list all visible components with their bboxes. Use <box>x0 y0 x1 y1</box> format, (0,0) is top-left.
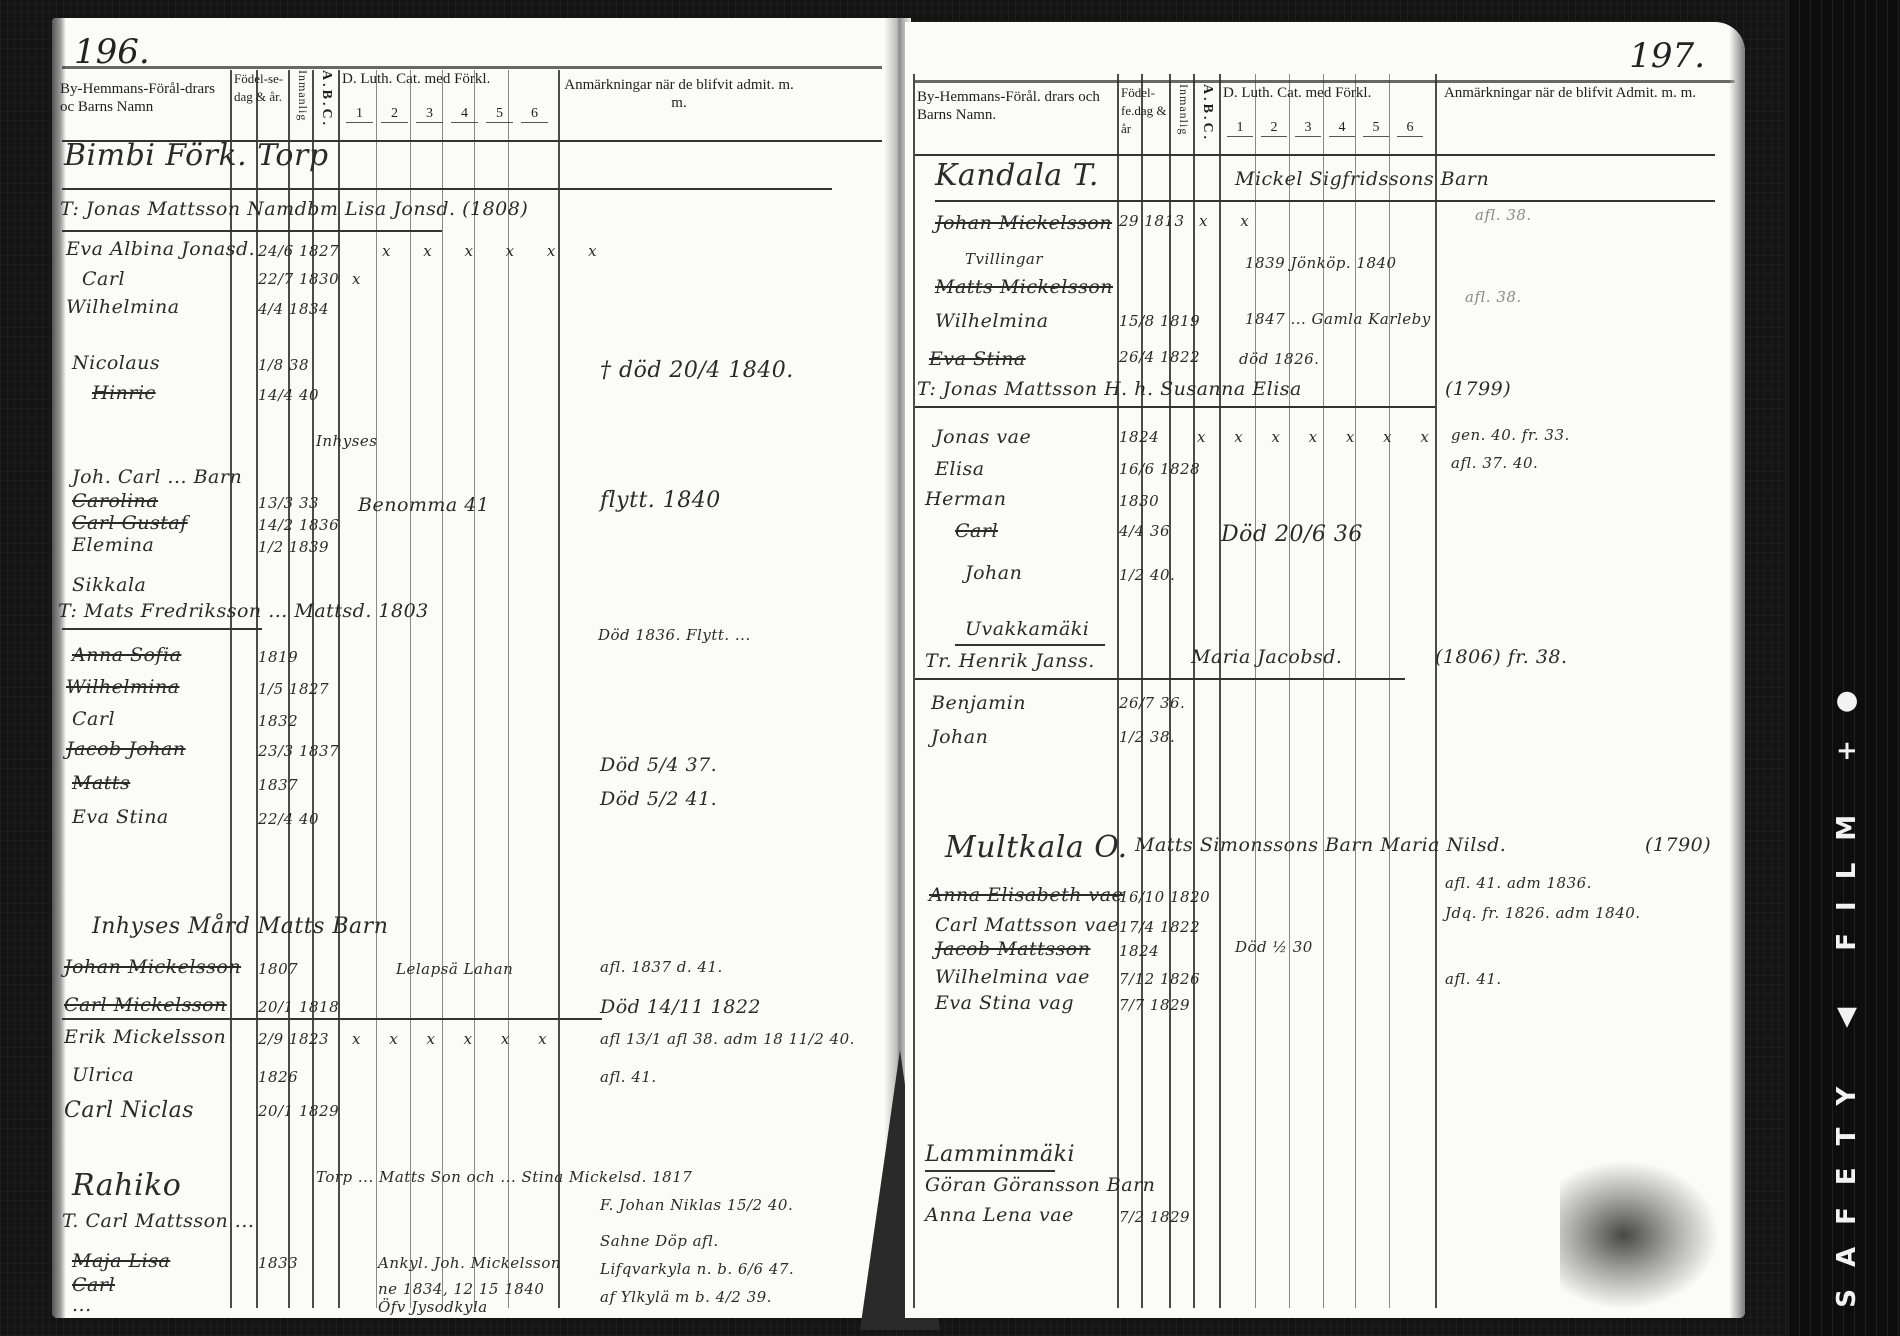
farm-heading: Kandala T. <box>935 158 1099 193</box>
header-rule <box>62 66 882 69</box>
household-head: T: Jonas Mattsson Namdbm Lisa Jonsd. (18… <box>60 198 528 220</box>
person-name: Anna Lena vae <box>925 1204 1074 1226</box>
ink-stain <box>1560 1160 1720 1310</box>
birth-date: 1824 <box>1119 428 1159 446</box>
birth-date: 1/5 1827 <box>258 680 329 698</box>
remark: Död 14/11 1822 <box>600 996 761 1018</box>
person-name: Wilhelmina <box>66 676 180 698</box>
person-name: Eva Stina <box>929 348 1026 370</box>
entry-rule <box>62 188 832 190</box>
remark: Död 5/4 37. <box>600 754 717 776</box>
header-abc: A.B.C. <box>316 70 334 140</box>
person-name: Jacob Johan <box>66 738 186 760</box>
catechism-marks: x <box>352 270 361 288</box>
remark: Död 5/2 41. <box>600 788 717 810</box>
remark: Lifqvarkyla n. b. 6/6 47. <box>600 1260 794 1278</box>
person-name: Johan Mickelsson <box>64 956 241 978</box>
person-name: Carl <box>82 268 125 290</box>
catechism-marks: x x x x x x <box>352 1030 559 1048</box>
section-heading: Inhyses Mård Matts Barn <box>92 914 388 939</box>
catechism-numbers: 1 2 3 4 5 6 <box>342 106 552 123</box>
note: Matts Simonssons Barn Maria Nilsd. <box>1135 834 1506 856</box>
header-inmanlig: Inmanlig <box>1173 84 1191 154</box>
remark: afl. 38. <box>1475 206 1532 224</box>
birth-date: 4/4 36 <box>1119 522 1170 540</box>
remark: afl 13/1 afl 38. adm 18 11/2 40. <box>600 1030 855 1048</box>
remark: gen. 40. fr. 33. <box>1451 426 1570 444</box>
note: 1847 ... Gamla Karleby <box>1245 310 1431 328</box>
birth-date: 22/7 1830 <box>258 270 339 288</box>
person-name: Erik Mickelsson <box>64 1026 226 1048</box>
person-name: Carl <box>72 1274 115 1296</box>
birth-date: 14/2 1836 <box>258 516 339 534</box>
remark: (1799) <box>1445 378 1511 400</box>
household-head: T: Mats Fredriksson ... Mattsd. 1803 <box>58 600 429 622</box>
remark: flytt. 1840 <box>600 488 721 513</box>
header-remarks: Anmärkningar när de blifvit Admit. m. m. <box>1435 84 1705 154</box>
remark: Sahne Döp afl. <box>600 1232 719 1250</box>
birth-date: 1832 <box>258 712 298 730</box>
remark: (1790) <box>1645 834 1711 856</box>
person-name: Jonas vae <box>935 426 1031 448</box>
birth-date: 1830 <box>1119 492 1159 510</box>
note: Torp ... Matts Son och ... Stina Mickels… <box>316 1168 692 1186</box>
entry-rule <box>62 628 262 630</box>
cat-num-5: 5 <box>1363 120 1389 137</box>
birth-date: 23/3 1837 <box>258 742 339 760</box>
birth-date: 1819 <box>258 648 298 666</box>
birth-date: 22/4 40 <box>258 810 319 828</box>
header-birth: Födel-fe.dag & år <box>1121 84 1167 154</box>
catechism-numbers: 1 2 3 4 5 6 <box>1223 120 1427 137</box>
birth-date: 16/6 1828 <box>1119 460 1200 478</box>
rule-line <box>376 70 377 1308</box>
cat-num-6: 6 <box>521 106 548 123</box>
birth-date: 13/3 33 <box>258 494 319 512</box>
cat-num-6: 6 <box>1397 120 1423 137</box>
birth-date: 29 1813 <box>1119 212 1185 230</box>
birth-date: 17/4 1822 <box>1119 918 1200 936</box>
remark: afl. 41. adm 1836. <box>1445 874 1592 892</box>
person-name: Jacob Mattsson <box>935 938 1090 960</box>
remark: (1806) fr. 38. <box>1435 646 1568 668</box>
person-name: Matts Mickelsson <box>935 276 1113 298</box>
remark: af Ylkylä m b. 4/2 39. <box>600 1288 772 1306</box>
birth-date: 2/9 1823 <box>258 1030 329 1048</box>
catechism-label: D. Luth. Cat. med Förkl. <box>342 70 552 88</box>
birth-date: 1833 <box>258 1254 298 1272</box>
farm-heading: Bimbi Förk. Torp <box>64 138 329 173</box>
remark: afl. 41. <box>1445 970 1502 988</box>
person-name: Herman <box>925 488 1006 510</box>
birth-date: 1824 <box>1119 942 1159 960</box>
section-note: Inhyses <box>316 432 378 450</box>
household-head: T: Jonas Mattsson H. h. Susanna Elisa <box>917 378 1302 400</box>
birth-date: 7/7 1829 <box>1119 996 1190 1014</box>
note: Benomma 41 <box>358 494 489 516</box>
cat-num-2: 2 <box>1261 120 1287 137</box>
entry-rule <box>935 200 1715 202</box>
left-page: 196. By-Hemmans-Förål-drars oc Barns Nam… <box>52 18 892 1318</box>
note: Ankyl. Joh. Mickelsson <box>378 1254 561 1272</box>
birth-date: 26/7 36. <box>1119 694 1185 712</box>
note: Död 20/6 36 <box>1221 522 1363 547</box>
rule-line <box>1169 74 1171 1308</box>
birth-date: 1/2 40. <box>1119 566 1175 584</box>
header-names: By-Hemmans-Förål. drars och Barns Namn. <box>917 88 1117 158</box>
person-name: Wilhelmina <box>66 296 180 318</box>
entry-rule <box>955 644 1105 646</box>
remark: afl. 37. 40. <box>1451 454 1538 472</box>
birth-date: 24/6 1827 <box>258 242 339 260</box>
header-abc: A.B.C. <box>1197 84 1215 154</box>
household-head: Tr. Henrik Janss. <box>925 650 1095 672</box>
household-head: Göran Göransson Barn <box>925 1174 1155 1196</box>
header-underline <box>915 154 1715 156</box>
person-name: Wilhelmina <box>935 310 1049 332</box>
birth-date: 1/8 38 <box>258 356 309 374</box>
rule-line <box>913 74 915 1308</box>
person-name: Carolina <box>72 490 158 512</box>
person-name: Nicolaus <box>72 352 160 374</box>
birth-date: 4/4 1834 <box>258 300 329 318</box>
remark: † död 20/4 1840. <box>600 358 794 383</box>
entry-rule <box>925 1170 1055 1172</box>
header-remarks: Anmärkningar när de blifvit admit. m. m. <box>564 76 794 146</box>
farm-heading: Rahiko <box>72 1168 181 1203</box>
person-name: Elisa <box>935 458 985 480</box>
remark: F. Johan Niklas 15/2 40. <box>600 1196 793 1214</box>
farm-heading: Multkala O. <box>945 830 1128 865</box>
person-name: Eva Stina <box>72 806 169 828</box>
birth-date: 1/2 1839 <box>258 538 329 556</box>
rule-line <box>1141 74 1143 1308</box>
film-edge-label: SAFETY ▲ FILM +● <box>1832 666 1862 1308</box>
entry-rule <box>62 1018 602 1020</box>
page-number-right: 197. <box>1629 36 1705 76</box>
person-name: Benjamin <box>931 692 1026 714</box>
catechism-label: D. Luth. Cat. med Förkl. <box>1223 84 1427 102</box>
remark: afl. 38. <box>1465 288 1522 306</box>
cat-num-4: 4 <box>1329 120 1355 137</box>
header-catechism: D. Luth. Cat. med Förkl. 1 2 3 4 5 6 <box>342 70 552 140</box>
header-inmanlig: Inmanlig <box>292 70 310 140</box>
header-catechism: D. Luth. Cat. med Förkl. 1 2 3 4 5 6 <box>1223 84 1427 154</box>
person-name: Eva Albina Jonasd. <box>66 238 255 260</box>
person-name: Wilhelmina vae <box>935 966 1090 988</box>
cat-num-2: 2 <box>381 106 408 123</box>
birth-date: 1826 <box>258 1068 298 1086</box>
birth-date: 7/12 1826 <box>1119 970 1200 988</box>
person-name: Hinric <box>92 382 156 404</box>
birth-date: 14/4 40 <box>258 386 319 404</box>
header-rule <box>915 80 1735 83</box>
remark: afl. 1837 d. 41. <box>600 958 723 976</box>
note: Öfv Jysodkyla <box>378 1298 488 1316</box>
person-name: ... <box>72 1294 92 1316</box>
birth-date: 1807 <box>258 960 298 978</box>
right-page: 197. By-Hemmans-Förål. drars och Barns N… <box>905 22 1745 1318</box>
farm-heading: Lamminmäki <box>925 1142 1075 1167</box>
person-name: Carl <box>72 708 115 730</box>
cat-num-1: 1 <box>346 106 373 123</box>
rule-line <box>1117 74 1119 1308</box>
farm-heading: Sikkala <box>72 574 146 596</box>
cat-num-1: 1 <box>1227 120 1253 137</box>
person-name: Eva Stina vag <box>935 992 1074 1014</box>
cat-num-3: 3 <box>416 106 443 123</box>
birth-date: 20/1 1818 <box>258 998 339 1016</box>
rule-line <box>1435 74 1437 1308</box>
cat-num-3: 3 <box>1295 120 1321 137</box>
rule-line <box>1193 74 1195 1308</box>
person-name: Carl Mickelsson <box>64 994 227 1016</box>
person-name: Carl <box>955 520 998 542</box>
person-name: Anna Sofia <box>72 644 181 666</box>
catechism-marks: x x <box>1199 212 1263 230</box>
birth-date: 7/2 1829 <box>1119 1208 1190 1226</box>
person-name: Carl Mattsson vae <box>935 914 1119 936</box>
entry-rule <box>915 406 1435 408</box>
header-birth: Födel-se-dag & år. <box>234 70 284 140</box>
rule-line <box>1219 74 1221 1308</box>
column-header-row: By-Hemmans-Förål-drars oc Barns Namn Föd… <box>52 70 892 140</box>
note: Mickel Sigfridssons Barn <box>1235 168 1489 190</box>
note: ne 1834, 12 15 1840 <box>378 1280 544 1298</box>
catechism-marks: x x x x x x x <box>1197 428 1441 446</box>
person-name: Carl Niclas <box>64 1098 194 1123</box>
person-name: Maja Lisa <box>72 1250 170 1272</box>
remark: afl. 41. <box>600 1068 657 1086</box>
remark: Död 1836. Flytt. ... <box>598 626 798 644</box>
person-name: Johan Mickelsson <box>935 212 1112 234</box>
entry-rule <box>62 230 442 232</box>
household-head: Joh. Carl ... Barn <box>72 466 242 488</box>
remark: Jdq. fr. 1826. adm 1840. <box>1445 904 1641 922</box>
note: Lelapsä Lahan <box>396 960 513 978</box>
film-edge-strip: SAFETY ▲ FILM +● <box>1788 0 1900 1336</box>
entry-rule <box>915 678 1405 680</box>
birth-date: 1/2 38. <box>1119 728 1175 746</box>
person-name: Johan <box>931 726 988 748</box>
person-name: Carl Gustaf <box>72 512 188 534</box>
farm-heading: Uvakkamäki <box>965 618 1089 640</box>
person-name: Johan <box>965 562 1022 584</box>
catechism-marks: x x x x x x <box>382 242 611 260</box>
note: 1839 Jönköp. 1840 <box>1245 254 1397 272</box>
household-head: T. Carl Mattsson ... <box>62 1210 254 1232</box>
birth-date: 20/1 1829 <box>258 1102 339 1120</box>
birth-date: 15/8 1819 <box>1119 312 1200 330</box>
birth-date: 1837 <box>258 776 298 794</box>
column-header-row: By-Hemmans-Förål. drars och Barns Namn. … <box>905 84 1745 154</box>
birth-date: 16/10 1820 <box>1119 888 1210 906</box>
note: Maria Jacobsd. <box>1191 646 1342 668</box>
note: Död ½ 30 <box>1235 938 1313 956</box>
person-name: Anna Elisabeth vae <box>929 884 1123 906</box>
birth-date: 26/4 1822 <box>1119 348 1200 366</box>
person-name: Ulrica <box>72 1064 134 1086</box>
person-name: Matts <box>72 772 130 794</box>
note: död 1826. <box>1239 350 1319 368</box>
twins-label: Tvillingar <box>965 250 1043 268</box>
person-name: Elemina <box>72 534 154 556</box>
